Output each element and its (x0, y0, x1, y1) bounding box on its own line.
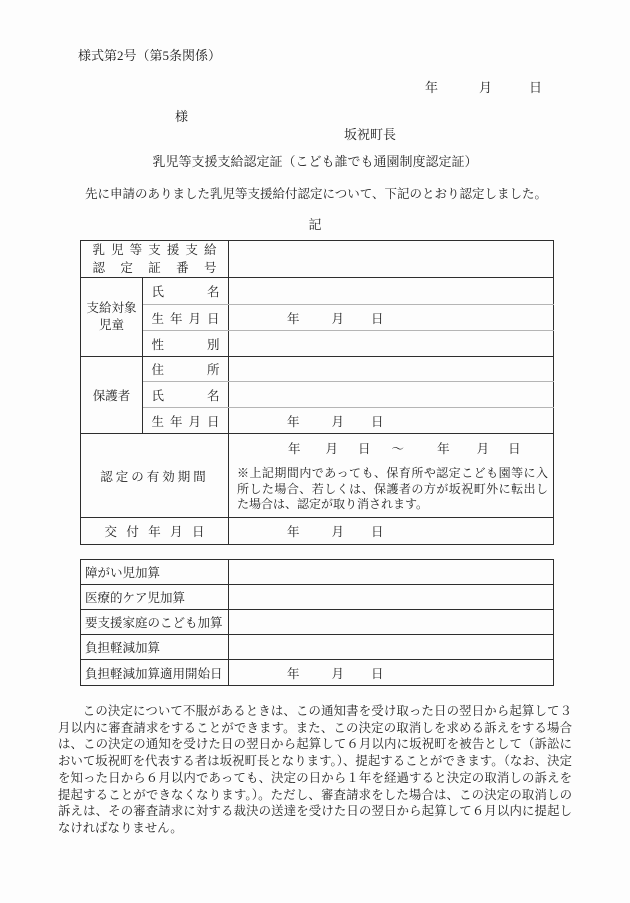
guardian-name-value-cell (229, 382, 554, 408)
guardian-section-label: 保護者 (81, 357, 143, 434)
year-label: 年 (287, 415, 300, 429)
addition-label-disability: 障がい児加算 (81, 560, 229, 585)
mayor-signature: 坂祝町長 (344, 124, 396, 143)
issue-date-label: 交付年月日 (81, 518, 229, 545)
day-label: 日 (358, 442, 371, 456)
addition-row: 負担軽減加算適用開始日 年月日 (81, 660, 554, 686)
month-label: 月 (326, 442, 339, 456)
year-label: 年 (425, 80, 438, 95)
cert-number-label: 乳児等支援支給 認定証番号 (81, 241, 229, 278)
guardian-birthdate-label: 生年月日 (143, 408, 229, 434)
day-label: 日 (508, 442, 521, 456)
addition-label-burden-reduction: 負担軽減加算 (81, 635, 229, 660)
day-label: 日 (371, 525, 384, 539)
day-label: 日 (371, 415, 384, 429)
year-label: 年 (437, 442, 450, 456)
guardian-address-label: 住所 (143, 357, 229, 382)
validity-period-dates: 年月日～年月日 (229, 439, 553, 457)
addition-value-cell (229, 560, 554, 585)
month-label: 月 (479, 80, 492, 95)
addition-value-cell (229, 610, 554, 635)
month-label: 月 (332, 667, 345, 681)
addition-label-burden-reduction-start: 負担軽減加算適用開始日 (81, 660, 229, 686)
issue-date-line: 年月日 (425, 77, 542, 96)
child-name-label: 氏名 (143, 278, 229, 305)
addition-row: 医療的ケア児加算 (81, 585, 554, 610)
addition-row: 負担軽減加算 (81, 635, 554, 660)
child-birthdate-label: 生年月日 (143, 305, 229, 331)
month-label: 月 (477, 442, 490, 456)
month-label: 月 (332, 525, 345, 539)
document-page: 様式第2号（第5条関係） 年月日 様 坂祝町長 乳児等支援支給認定証（こども誰で… (0, 0, 630, 903)
addition-row: 要支援家庭のこども加算 (81, 610, 554, 635)
additions-table: 障がい児加算 医療的ケア児加算 要支援家庭のこども加算 負担軽減加算 負担軽減加… (80, 559, 554, 686)
child-sex-label: 性別 (143, 331, 229, 357)
document-title: 乳児等支援支給認定証（こども誰でも通園制度認定証） (0, 151, 630, 170)
day-label: 日 (371, 312, 384, 326)
guardian-birthdate-value-cell: 年月日 (229, 408, 554, 434)
month-label: 月 (332, 415, 345, 429)
child-name-value-cell (229, 278, 554, 305)
addressee-suffix: 様 (175, 106, 188, 125)
year-label: 年 (287, 667, 300, 681)
addition-value-cell (229, 635, 554, 660)
year-label: 年 (287, 312, 300, 326)
cert-number-label-line1: 乳児等支援支給 (93, 241, 217, 259)
addition-label-support-family: 要支援家庭のこども加算 (81, 610, 229, 635)
day-label: 日 (529, 80, 542, 95)
day-label: 日 (371, 667, 384, 681)
child-section-label: 支給対象 児童 (81, 278, 143, 357)
cert-number-value-cell (229, 241, 554, 278)
validity-period-label: 認定の有効期間 (81, 434, 229, 518)
year-label: 年 (287, 525, 300, 539)
addition-label-medical-care: 医療的ケア児加算 (81, 585, 229, 610)
validity-note: ※上記期間内であっても、保育所や認定こども園等に入所した場合、若しくは、保護者の… (237, 466, 548, 513)
guardian-name-label: 氏名 (143, 382, 229, 408)
range-tilde: ～ (392, 442, 405, 456)
validity-period-value-cell: 年月日～年月日 ※上記期間内であっても、保育所や認定こども園等に入所した場合、若… (229, 434, 554, 518)
child-birthdate-value-cell: 年月日 (229, 305, 554, 331)
appeal-notice: この決定について不服があるときは、この通知書を受け取った日の翌日から起算して３月… (58, 703, 572, 837)
cert-number-label-line2: 認定証番号 (93, 259, 217, 277)
child-sex-value-cell (229, 331, 554, 357)
intro-text: 先に申請のありました乳児等支援給付認定について、下記のとおり認定しました。 (85, 184, 547, 202)
certificate-table: 乳児等支援支給 認定証番号 支給対象 児童 氏名 生年月日 年月日 (80, 240, 554, 545)
year-label: 年 (288, 442, 301, 456)
form-number: 様式第2号（第5条関係） (78, 45, 221, 64)
addition-start-date-value-cell: 年月日 (229, 660, 554, 686)
addition-value-cell (229, 585, 554, 610)
guardian-address-value-cell (229, 357, 554, 382)
month-label: 月 (332, 312, 345, 326)
record-marker: 記 (0, 214, 630, 233)
addition-row: 障がい児加算 (81, 560, 554, 585)
issue-date-value-cell: 年月日 (229, 518, 554, 545)
